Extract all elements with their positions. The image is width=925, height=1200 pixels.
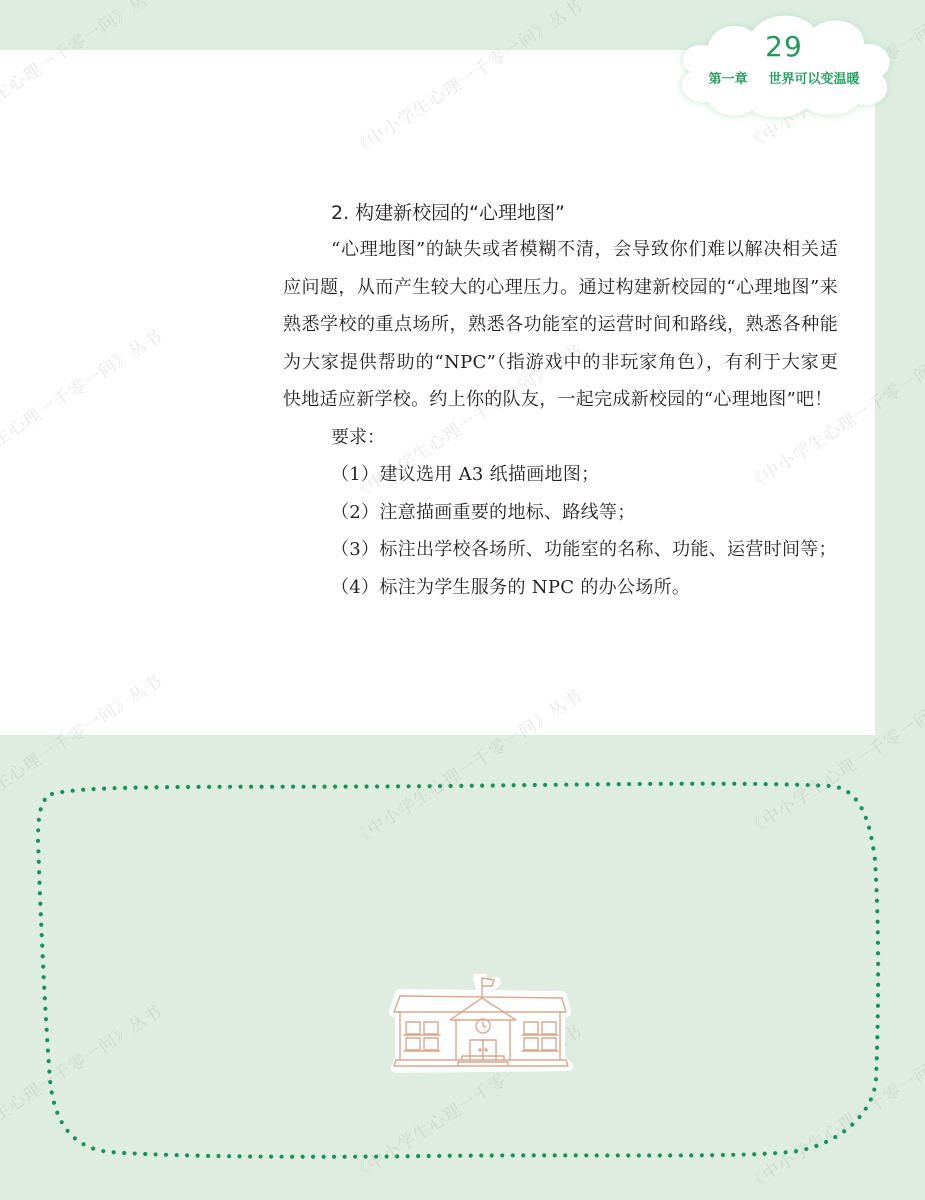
page-header-cloud: 29 第一章 世界可以变温暖 [668,6,900,124]
requirement-item: （1）建议选用 A3 纸描画地图； [283,456,838,494]
article-content: 2. 构建新校园的“心理地图” “心理地图”的缺失或者模糊不清，会导致你们难以解… [283,195,838,606]
cloud-icon [668,6,900,124]
requirements-label: 要求： [283,419,838,457]
requirement-item: （2）注意描画重要的地标、路线等； [283,494,838,532]
body-paragraph: “心理地图”的缺失或者模糊不清，会导致你们难以解决相关适应问题，从而产生较大的心… [283,231,838,419]
page-number: 29 [668,32,900,62]
requirement-item: （4）标注为学生服务的 NPC 的办公场所。 [283,569,838,607]
section-title: 2. 构建新校园的“心理地图” [283,195,838,231]
school-building-icon [386,974,576,1076]
chapter-title: 第一章 世界可以变温暖 [668,68,900,87]
requirement-item: （3）标注出学校各场所、功能室的名称、功能、运营时间等； [283,531,838,569]
